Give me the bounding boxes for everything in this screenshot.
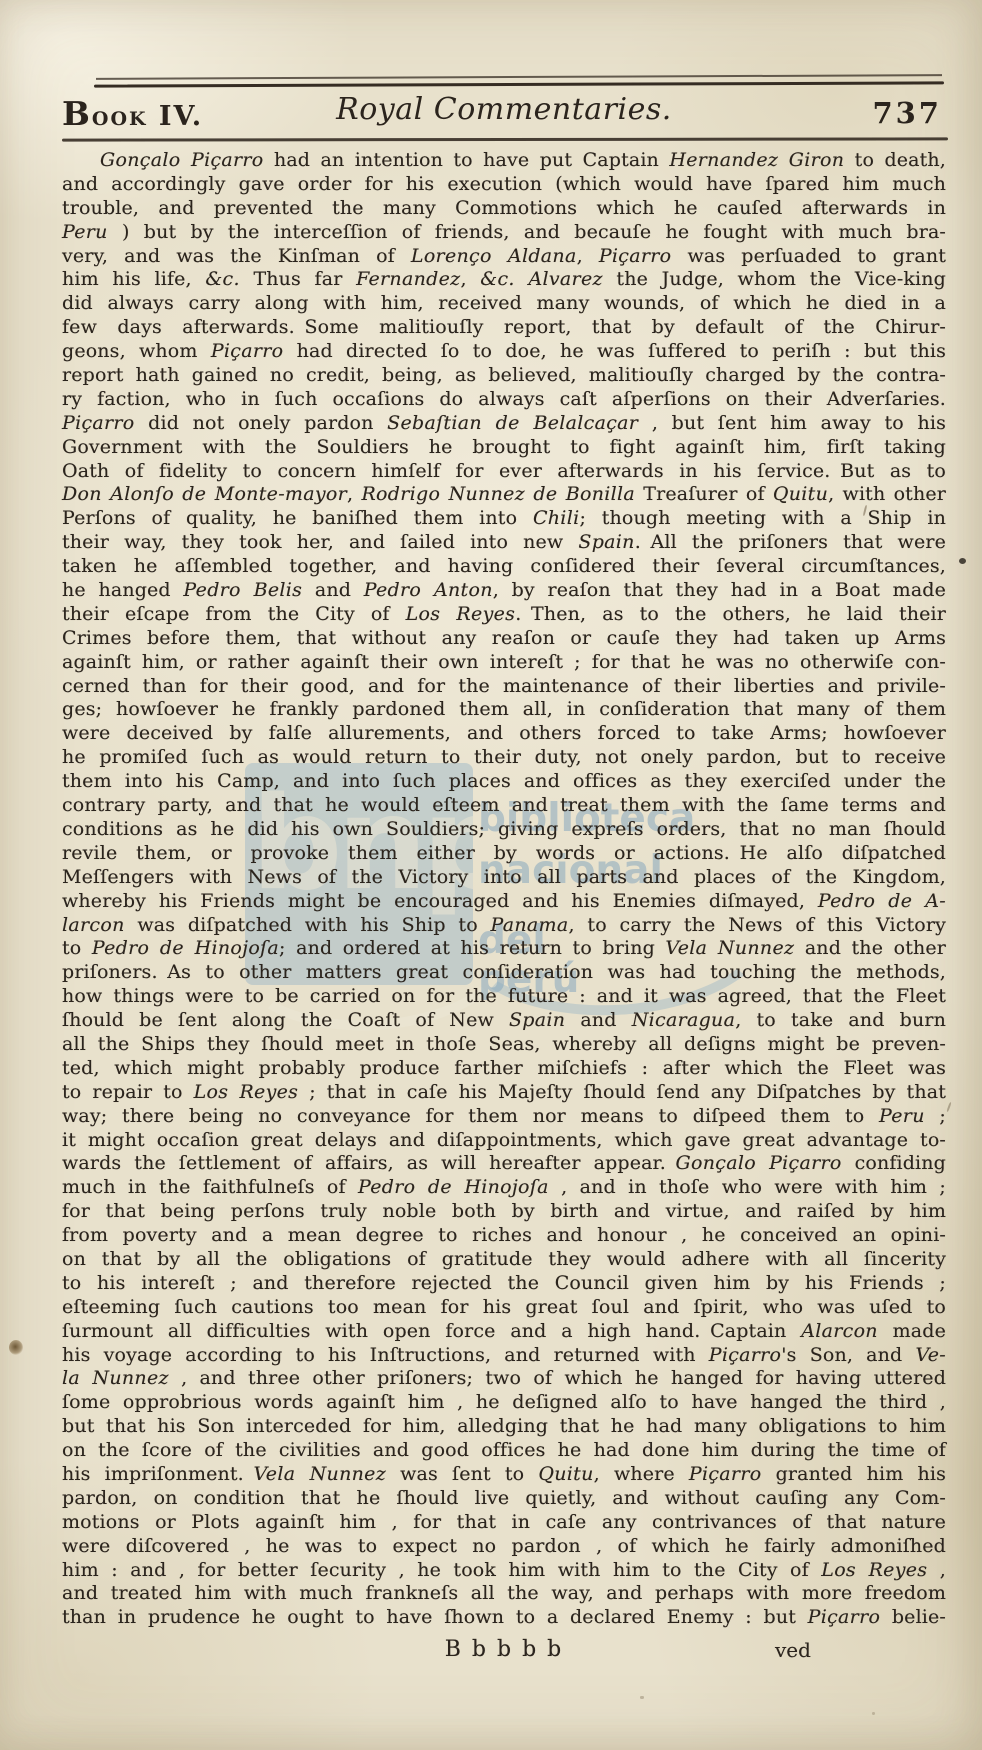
text-line: them into his Camp, and into ſuch places…: [62, 770, 946, 794]
text-line: Crimes before them, that without any rea…: [62, 627, 946, 651]
text-line: he hanged Pedro Belis and Pedro Anton, b…: [62, 579, 946, 603]
text-line: revile them, or provoke them either by w…: [62, 842, 946, 866]
text-line: on the ſcore of the civilities and good …: [62, 1439, 946, 1463]
text-line: report hath gained no credit, being, as …: [62, 364, 946, 388]
text-line: trouble, and prevented the many Commotio…: [62, 197, 946, 221]
text-line: way; there being no conveyance for them …: [62, 1105, 946, 1129]
text-line: him : and , for better ſecurity , he too…: [62, 1559, 946, 1583]
text-line: contrary party, and that he would eſteem…: [62, 794, 946, 818]
text-line: and treated him with much frankneſs all …: [62, 1582, 946, 1606]
text-line: their way, they took her, and ſailed int…: [62, 531, 946, 555]
text-line: Oath of fidelity to concern himſelf for …: [62, 460, 946, 484]
text-line: much in the faithfulneſs of Pedro de Hin…: [62, 1176, 946, 1200]
text-line: larcon was diſpatched with his Ship to P…: [62, 914, 946, 938]
text-line: he promiſed ſuch as would return to thei…: [62, 746, 946, 770]
text-line: whereby his Friends might be encouraged …: [62, 890, 946, 914]
text-line: wards the ſettlement of affairs, as will…: [62, 1152, 946, 1176]
text-line: how things were to be carried on for the…: [62, 985, 946, 1009]
text-line: cerned than for their good, and for the …: [62, 675, 946, 699]
text-line: ry faction, who in ſuch occaſions do alw…: [62, 388, 946, 412]
catchword: ved: [775, 1638, 811, 1662]
text-line: Perſons of quality, he baniſhed them int…: [62, 507, 946, 531]
text-line: ſome opprobrious words againſt him , he …: [62, 1391, 946, 1415]
page-title: Royal Commentaries.: [62, 92, 946, 127]
body-text-block: Gonçalo Piçarro had an intention to have…: [62, 149, 946, 1630]
paper-speck: [640, 1696, 644, 1699]
text-line: all the Ships they ſhould meet in thoſe …: [62, 1033, 946, 1057]
page-number: 737: [872, 96, 942, 130]
ink-blemish: [9, 1340, 23, 1355]
text-line: motions or Plots againſt him , for that …: [62, 1511, 946, 1535]
paper-speck: [959, 558, 966, 564]
text-line: taken he aſſembled together, and having …: [62, 555, 946, 579]
text-line: his impriſonment. Vela Nunnez was ſent t…: [62, 1463, 946, 1487]
text-line: la Nunnez , and three other priſoners; t…: [62, 1367, 946, 1391]
text-line: ges; howſoever he frankly pardoned them …: [62, 698, 946, 722]
text-line: to Pedro de Hinojoſa; and ordered at his…: [62, 937, 946, 961]
text-line: againſt him, or rather againſt their own…: [62, 651, 946, 675]
text-line: Don Alonſo de Monte-mayor, Rodrigo Nunne…: [62, 483, 946, 507]
text-line: ted, which might probably produce farthe…: [62, 1057, 946, 1081]
text-line: few days afterwards. Some malitiouſly re…: [62, 316, 946, 340]
text-line: ſhould be ſent along the Coaſt of New Sp…: [62, 1009, 946, 1033]
text-line: Peru ) but by the interceſſion of friend…: [62, 221, 946, 245]
text-line: geons, whom Piçarro had directed ſo to d…: [62, 340, 946, 364]
text-line: were deceived by falſe allurements, and …: [62, 722, 946, 746]
text-line: Piçarro did not onely pardon Sebaſtian d…: [62, 412, 946, 436]
text-line: and accordingly gave order for his execu…: [62, 173, 946, 197]
text-line: eſteeming ſuch cautions too mean for his…: [62, 1296, 946, 1320]
text-line: than in prudence he ought to have ſhown …: [62, 1606, 946, 1630]
text-line: priſoners. As to other matters great con…: [62, 961, 946, 985]
text-line: to his intereſt ; and therefore rejected…: [62, 1272, 946, 1296]
header-bottom-rule: [62, 137, 948, 141]
footer-row: B b b b b ved: [62, 1637, 946, 1663]
text-line: it might occaſion great delays and diſap…: [62, 1129, 946, 1153]
text-line: on that by all the obligations of gratit…: [62, 1248, 946, 1272]
text-line: Government with the Souldiers he brought…: [62, 436, 946, 460]
top-double-rule-lower: [94, 81, 944, 87]
text-line: Meſſengers with News of the Victory into…: [62, 866, 946, 890]
text-line: very, and was the Kinſman of Lorenço Ald…: [62, 245, 946, 269]
text-line: pardon, on condition that he ſhould live…: [62, 1487, 946, 1511]
running-header: Book IV. Royal Commentaries. 737: [62, 92, 946, 134]
text-line: for that being perſons truly noble both …: [62, 1200, 946, 1224]
book-page-scan: bnp biblioteca nacional del perú Book IV…: [0, 0, 982, 1750]
top-double-rule-upper: [96, 74, 942, 80]
text-line: his voyage according to his Inſtructions…: [62, 1344, 946, 1368]
text-line: him his life, &c. Thus far Fernandez, &c…: [62, 268, 946, 292]
text-line: to repair to Los Reyes ; that in caſe hi…: [62, 1081, 946, 1105]
text-line: did always carry along with him, receive…: [62, 292, 946, 316]
paper-speck: [946, 1102, 951, 1112]
text-line: their eſcape from the City of Los Reyes.…: [62, 603, 946, 627]
signature-mark: B b b b b: [62, 1637, 946, 1662]
text-line: from poverty and a mean degree to riches…: [62, 1224, 946, 1248]
paper-speck: [872, 1712, 875, 1715]
text-line: Gonçalo Piçarro had an intention to have…: [62, 149, 946, 173]
text-line: but that his Son interceded for him, all…: [62, 1415, 946, 1439]
text-line: conditions as he did his own Souldiers; …: [62, 818, 946, 842]
text-line: ſurmount all difficulties with open forc…: [62, 1320, 946, 1344]
text-line: were diſcovered , he was to expect no pa…: [62, 1535, 946, 1559]
